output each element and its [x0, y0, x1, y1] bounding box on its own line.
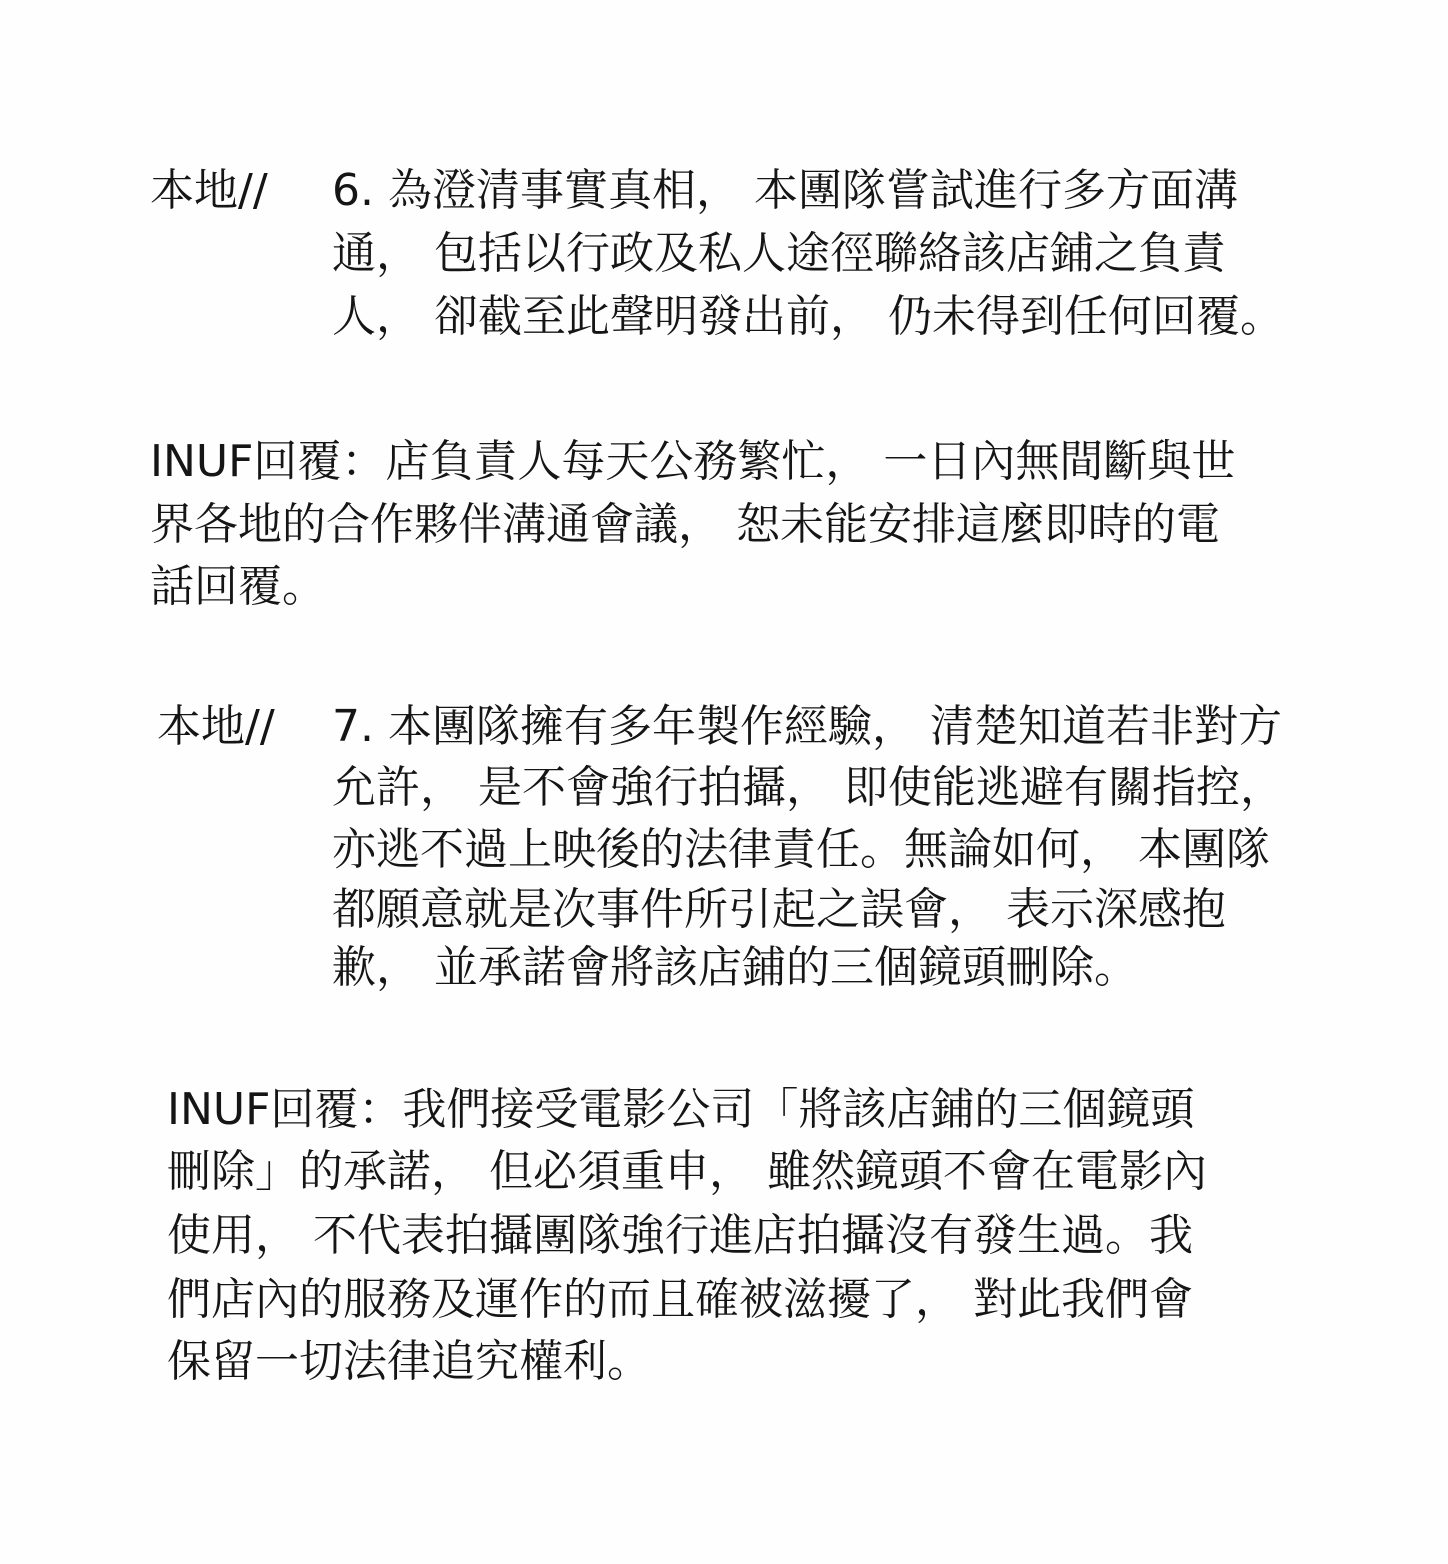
- reply-line: 刪除」的承諾， 但必須重申， 雖然鏡頭不會在電影內: [167, 1147, 1207, 1197]
- statement-line: 6. 為澄清事實真相， 本團隊嘗試進行多方面溝: [332, 166, 1238, 216]
- reply-line: 界各地的合作夥伴溝通會議， 恕未能安排這麼即時的電: [150, 500, 1220, 550]
- statement-line: 亦逃不過上映後的法律責任。無論如何， 本團隊: [332, 825, 1270, 875]
- reply-line: INUF回覆：我們接受電影公司「將該店鋪的三個鏡頭: [167, 1085, 1194, 1135]
- statement-line: 通， 包括以行政及私人途徑聯絡該店鋪之負責: [332, 229, 1226, 279]
- statement-line: 7. 本團隊擁有多年製作經驗， 清楚知道若非對方: [332, 702, 1282, 752]
- reply-line: INUF回覆：店負責人每天公務繁忙， 一日內無間斷與世: [150, 437, 1235, 487]
- reply-line: 話回覆。: [150, 562, 326, 612]
- reply-line: 們店內的服務及運作的而且確被滋擾了， 對此我們會: [167, 1275, 1193, 1325]
- reply-line: 使用， 不代表拍攝團隊強行進店拍攝沒有發生過。我: [167, 1211, 1193, 1261]
- statement-line: 都願意就是次事件所引起之誤會， 表示深感抱: [332, 885, 1226, 935]
- statement-line: 允許， 是不會強行拍攝， 即使能逃避有關指控，: [332, 763, 1284, 813]
- statement-label: 本地//: [157, 702, 275, 752]
- reply-line: 保留一切法律追究權利。: [167, 1337, 651, 1387]
- statement-label: 本地//: [150, 166, 268, 216]
- statement-line: 人， 卻截至此聲明發出前， 仍未得到任何回覆。: [332, 292, 1284, 342]
- statement-line: 歉， 並承諾會將該店鋪的三個鏡頭刪除。: [332, 943, 1138, 993]
